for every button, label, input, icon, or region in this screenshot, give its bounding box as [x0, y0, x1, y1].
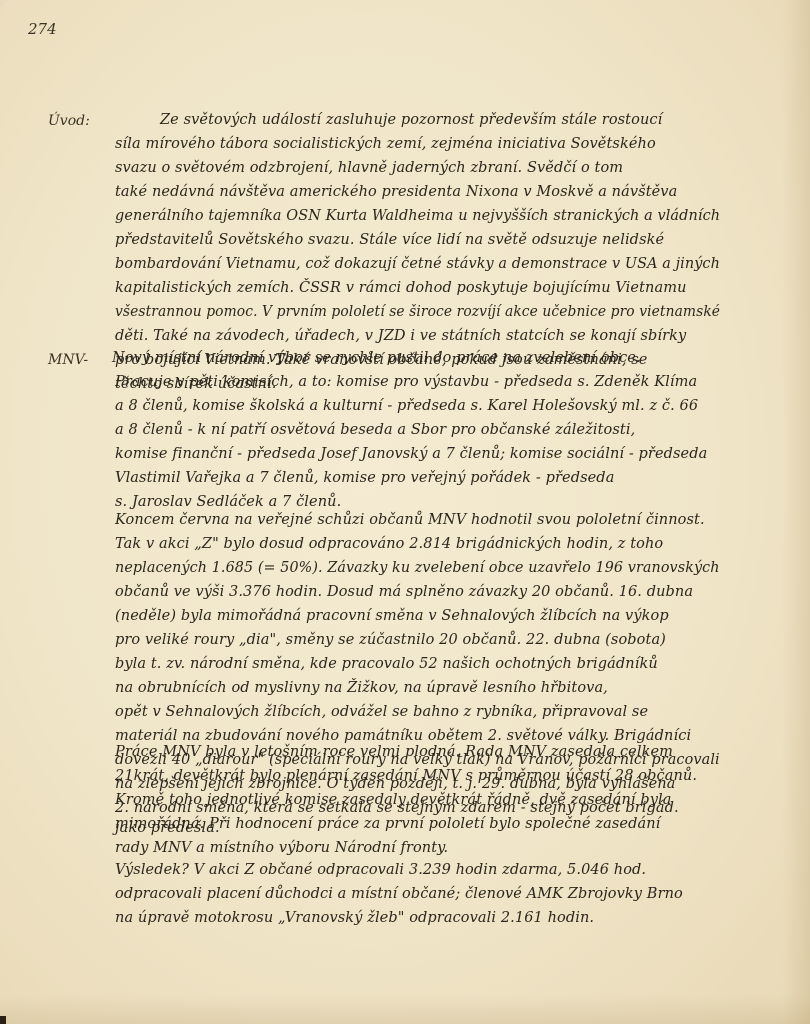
- text-line: kapitalistických zemích. ČSSR v rámci do…: [115, 280, 687, 296]
- text-line: síla mírového tábora socialistických zem…: [115, 136, 656, 152]
- text-line: materiál na zbudování nového památníku o…: [115, 728, 691, 744]
- text-line: občanů ve výši 3.376 hodin. Dosud má spl…: [115, 584, 693, 600]
- page-bottom-shadow: [0, 994, 810, 1024]
- page-edge-shadow: [782, 0, 810, 1024]
- text-line: komise finanční - předseda Josef Janovsk…: [115, 446, 707, 462]
- section-label-mnv: MNV-: [48, 352, 88, 368]
- text-line: byla t. zv. národní směna, kde pracovalo…: [115, 656, 658, 672]
- text-line: všestrannou pomoc. V prvním pololetí se …: [115, 304, 720, 320]
- text-line: také nedávná návštěva amerického preside…: [115, 184, 677, 200]
- text-line: a 8 členů, komise školská a kulturní - p…: [115, 398, 698, 414]
- page-number: 274: [28, 20, 57, 38]
- text-line: Koncem června na veřejné schůzi občanů M…: [115, 512, 705, 528]
- text-line: pro veliké roury „dia", směny se zúčastn…: [115, 632, 666, 648]
- text-line: Ze světových událostí zasluhuje pozornos…: [160, 112, 662, 128]
- text-line: s. Jaroslav Sedláček a 7 členů.: [115, 494, 341, 510]
- text-line: opět v Sehnalových žlíbcích, odvážel se …: [115, 704, 648, 720]
- text-line: mimořádná. Při hodnocení práce za první …: [115, 816, 660, 832]
- text-line: Výsledek? V akci Z občané odpracovali 3.…: [115, 862, 646, 878]
- text-line: Pracuje v pěti komisích, a to: komise pr…: [115, 374, 697, 390]
- text-line: Nový místní národní výbor se rychle pust…: [112, 350, 641, 366]
- text-line: na obrubnících od myslivny na Žižkov, na…: [115, 680, 608, 696]
- text-line: Vlastimil Vařejka a 7 členů, komise pro …: [115, 470, 614, 486]
- text-line: rady MNV a místního výboru Národní front…: [115, 840, 448, 856]
- section-label-uvod: Úvod:: [48, 113, 90, 129]
- text-line: bombardování Vietnamu, což dokazují četn…: [115, 256, 720, 272]
- text-line: 21krát, devětkrát bylo plenární zasedání…: [115, 768, 697, 784]
- text-line: Kromě toho jednotlivé komise zasedaly de…: [115, 792, 671, 808]
- text-line: generálního tajemníka OSN Kurta Waldheim…: [115, 208, 720, 224]
- text-line: (neděle) byla mimořádná pracovní směna v…: [115, 608, 669, 624]
- manuscript-page: 274 Úvod: Ze světových událostí zasluhuj…: [0, 0, 810, 1024]
- text-line: představitelů Sovětského svazu. Stále ví…: [115, 232, 664, 248]
- text-line: odpracovali placení důchodci a místní ob…: [115, 886, 683, 902]
- text-line: neplacených 1.685 (= 50%). Závazky ku zv…: [115, 560, 720, 576]
- text-line: Tak v akci „Z" bylo dosud odpracováno 2.…: [115, 536, 663, 552]
- text-line: Práce MNV byla v letošním roce velmi plo…: [115, 744, 673, 760]
- text-line: a 8 členů - k ní patří osvětová beseda a…: [115, 422, 635, 438]
- text-line: na úpravě motokrosu „Vranovský žleb" odp…: [115, 910, 594, 926]
- book-corner: [0, 1016, 6, 1024]
- text-line: děti. Také na závodech, úřadech, v JZD i…: [115, 328, 686, 344]
- text-line: svazu o světovém odzbrojení, hlavně jade…: [115, 160, 623, 176]
